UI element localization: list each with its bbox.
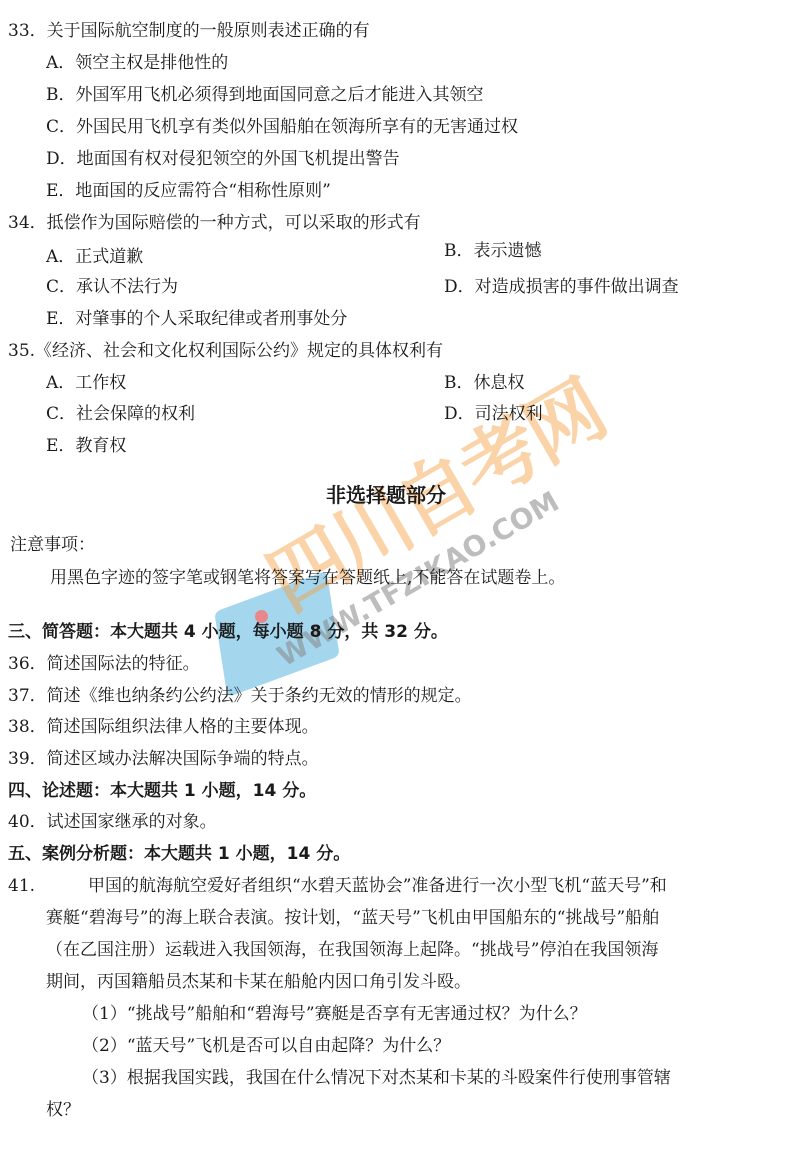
q34-option-c: C．承认不法行为 (46, 276, 178, 298)
section5-heading: 五、案例分析题：本大题共 1 小题，14 分。 (8, 843, 350, 865)
q35-option-e: E．教育权 (46, 435, 126, 457)
q41-sub-2: （2）“蓝天号”飞机是否可以自由起降？为什么？ (82, 1035, 450, 1057)
q34-option-b: B．表示遗憾 (444, 240, 542, 262)
q34-stem: 34．抵偿作为国际赔偿的一种方式，可以采取的形式有 (8, 212, 421, 234)
q35-option-d: D．司法权利 (444, 403, 543, 425)
q36: 36．简述国际法的特征。 (8, 653, 200, 675)
q33-option-a: A．领空主权是排他性的 (46, 52, 228, 74)
q33-option-e: E．地面国的反应需符合“相称性原则” (46, 180, 331, 202)
q41-sub-1: （1）“挑战号”船舶和“碧海号”赛艇是否享有无害通过权？为什么？ (82, 1003, 587, 1025)
q41-case-line-4: 期间，丙国籍船员杰某和卡某在船舱内因口角引发斗殴。 (46, 971, 471, 993)
notice-label: 注意事项： (10, 534, 95, 556)
q35-option-b: B．休息权 (444, 372, 525, 394)
q41-case-line-2: 赛艇“碧海号”的海上联合表演。按计划，“蓝天号”飞机由甲国船东的“挑战号”船舶 (46, 907, 659, 929)
q41-number: 41. (8, 875, 35, 897)
q33-option-d: D．地面国有权对侵犯领空的外国飞机提出警告 (46, 148, 400, 170)
q40: 40．试述国家继承的对象。 (8, 811, 217, 833)
q35-option-c: C．社会保障的权利 (46, 403, 195, 425)
q38: 38．简述国际组织法律人格的主要体现。 (8, 716, 319, 738)
q34-option-e: E．对肇事的个人采取纪律或者刑事处分 (46, 308, 347, 330)
q37: 37．简述《维也纳条约公约法》关于条约无效的情形的规定。 (8, 685, 472, 707)
q33-stem: 33．关于国际航空制度的一般原则表述正确的有 (8, 20, 370, 42)
section4-heading: 四、论述题：本大题共 1 小题，14 分。 (8, 780, 316, 802)
q41-case-line-3: （在乙国注册）运载进入我国领海，在我国领海上起降。“挑战号”停泊在我国领海 (46, 939, 658, 961)
q41-sub-3: （3）根据我国实践，我国在什么情况下对杰某和卡某的斗殴案件行使刑事管辖 (82, 1067, 671, 1089)
q41-case-line-1: 甲国的航海航空爱好者组织“水碧天蓝协会”准备进行一次小型飞机“蓝天号”和 (88, 875, 667, 897)
q39: 39．简述区域办法解决国际争端的特点。 (8, 748, 319, 770)
q35-stem: 35.《经济、社会和文化权利国际公约》规定的具体权利有 (8, 340, 443, 362)
notice-text: 用黑色字迹的签字笔或钢笔将答案写在答题纸上,不能答在试题卷上。 (50, 567, 565, 589)
q33-option-c: C．外国民用飞机享有类似外国船舶在领海所享有的无害通过权 (46, 116, 518, 138)
q33-option-b: B．外国军用飞机必须得到地面国同意之后才能进入其领空 (46, 84, 484, 106)
section3-heading: 三、简答题：本大题共 4 小题，每小题 8 分，共 32 分。 (8, 621, 448, 643)
q34-option-d: D．对造成损害的事件做出调查 (444, 276, 679, 298)
q41-sub-3-cont: 权？ (46, 1099, 80, 1121)
q34-option-a: A．正式道歉 (46, 246, 143, 268)
part2-title: 非选择题部分 (326, 484, 446, 506)
q35-option-a: A．工作权 (46, 372, 126, 394)
